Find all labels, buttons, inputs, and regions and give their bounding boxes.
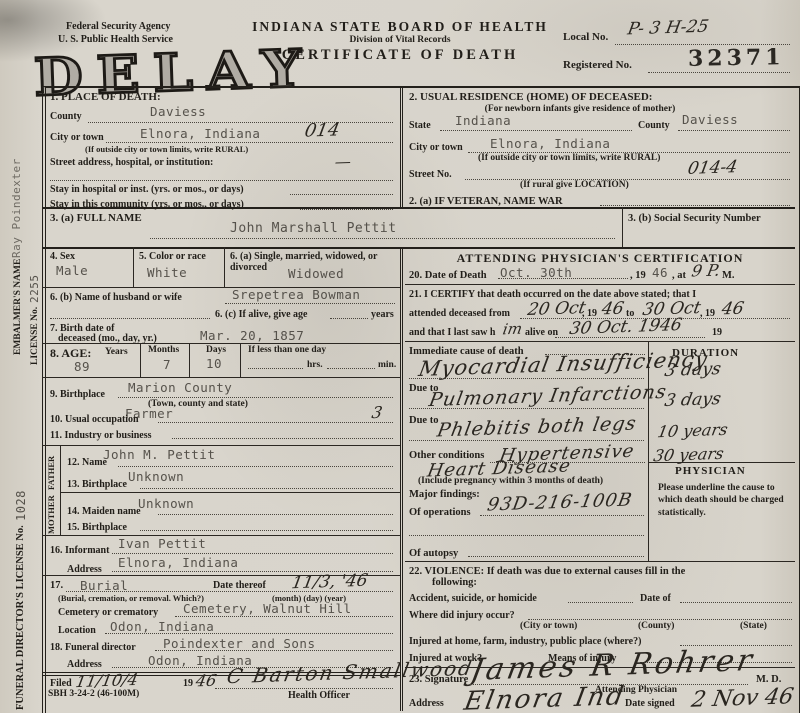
birthplace-value: Marion County: [128, 380, 232, 395]
age-days-value: 10: [206, 356, 222, 371]
md-label: M. D.: [756, 674, 781, 685]
residence-heading: 2. USUAL RESIDENCE (HOME) OF DECEASED:: [409, 92, 652, 104]
father-name-line: [118, 466, 393, 467]
burial-date-value: 11/3, '46: [290, 571, 369, 594]
row3-top-rule: [42, 207, 795, 209]
spouse-value: Srepetrea Bowman: [232, 287, 360, 302]
res-street-label: Street No.: [409, 170, 452, 181]
date-of-label: Date of: [640, 594, 671, 605]
alive-age-leader: [50, 318, 210, 319]
parents-label-divider: [60, 445, 61, 535]
age-heading: 8. AGE:: [50, 347, 91, 360]
column-divider-bottom: [400, 247, 403, 711]
full-name-value: John Marshall Pettit: [230, 221, 397, 236]
sex-label: 4. Sex: [50, 252, 75, 263]
last-saw-label: and that I last saw h: [409, 328, 495, 339]
res-veteran-line: [600, 205, 790, 206]
burial-date-label: Date thereof: [213, 581, 266, 592]
embalmer-license-label: LICENSE No.: [30, 307, 40, 365]
marital-value: Widowed: [288, 266, 344, 281]
where-injury-label: Where did injury occur?: [409, 611, 515, 622]
agency-line1: Federal Security Agency: [66, 22, 170, 33]
pod-city-label: City or town: [50, 133, 104, 144]
father-birthplace-value: Unknown: [128, 469, 184, 484]
father-birthplace-label: 13. Birthplace: [67, 480, 127, 491]
row3-divider: [622, 207, 623, 247]
alive-age-line: [330, 318, 368, 319]
father-side-label: FATHER: [47, 448, 56, 490]
burial-line: [66, 591, 393, 592]
birthplace-label: 9. Birthplace: [50, 390, 105, 401]
alive-age-units: years: [371, 310, 394, 321]
res-veteran-label: 2. (a) IF VETERAN, NAME WAR: [409, 196, 563, 207]
due2-duration: 10 years: [656, 420, 729, 441]
age-div1: [140, 343, 141, 377]
pod-city-value: Elnora, Indiana: [140, 126, 260, 141]
date-signed-value: 2 Nov 46: [689, 684, 795, 713]
ssn-label: 3. (b) Social Security Number: [628, 213, 761, 224]
embalmer-name-label-vertical: EMBALMER'S NAME: [14, 235, 24, 355]
him-value: im: [501, 320, 523, 339]
burial-number: 17.: [50, 580, 63, 591]
birthplace-line: [118, 397, 393, 398]
funeral-director-line: [155, 650, 393, 651]
age-min-line: [327, 368, 375, 369]
age-days-label: Days: [206, 346, 226, 356]
death-certificate-scan: Ray Poindexter EMBALMER'S NAME LICENSE N…: [0, 0, 800, 713]
alive-age-label: 6. (c) If alive, give age: [215, 310, 307, 321]
cemetery-line: [175, 616, 393, 617]
res-rural-note: (If outside city or town limits, write R…: [478, 154, 660, 164]
date-signed-label: Date signed: [625, 699, 675, 710]
mother-maiden-value: Unknown: [138, 496, 194, 511]
pod-stay-community-line: [300, 209, 393, 210]
dod-year-value: 46: [652, 265, 668, 280]
state-note: (State): [740, 622, 767, 632]
due-to-label-2: Due to: [409, 415, 438, 426]
to-year-value: 46: [720, 299, 745, 320]
res-state-line: [440, 130, 632, 131]
age-years-value: 89: [74, 359, 90, 374]
father-birthplace-line: [140, 488, 393, 489]
year-suffix: 19: [712, 328, 722, 339]
res-location-note: (If rural give LOCATION): [520, 181, 629, 191]
physician-address-label: Address: [409, 699, 444, 710]
age-less-label: If less than one day: [248, 346, 326, 356]
informant-value: Ivan Pettit: [118, 536, 206, 551]
accident-label: Accident, suicide, or homicide: [409, 594, 537, 605]
violence-heading-1: 22. VIOLENCE: If death was due to extern…: [409, 566, 685, 577]
violence-heading-2: following:: [432, 577, 477, 588]
registered-no-label: Registered No.: [563, 60, 632, 72]
res-state-value: Indiana: [455, 113, 511, 128]
filed-year-prefix: 19: [183, 679, 193, 690]
county-note: (County): [638, 622, 674, 632]
age-hrs-label: hrs.: [307, 361, 323, 371]
cemetery-value: Cemetery, Walnut Hill: [183, 601, 352, 616]
due1-duration: 3 days: [663, 389, 723, 411]
pod-stay-hospital-label: Stay in hospital or inst. (yrs. or mos.,…: [50, 185, 244, 196]
place-of-death-heading: 1. PLACE OF DEATH:: [50, 92, 161, 104]
sex-race-divider: [133, 247, 134, 287]
funeral-director-value: Poindexter and Sons: [163, 636, 316, 651]
res-county-label: County: [638, 121, 670, 132]
burial-location-line: [105, 633, 393, 634]
date-of-line: [680, 602, 792, 603]
dod-at-label: , at: [672, 270, 686, 281]
res-state-label: State: [409, 121, 431, 132]
underline-note: Please underline the cause to which deat…: [658, 482, 788, 519]
res-county-line: [678, 130, 790, 131]
findings-label: Major findings:: [409, 489, 480, 500]
certification-heading: ATTENDING PHYSICIAN'S CERTIFICATION: [405, 252, 795, 265]
spouse-label: 6. (b) Name of husband or wife: [50, 293, 182, 304]
physician-address-value: Elnora Ind: [462, 681, 628, 713]
signature-label: 23. Signature: [409, 674, 468, 685]
physician-rule: [648, 462, 795, 463]
pod-street-label: Street address, hospital, or institution…: [50, 158, 213, 169]
registered-no-value: 32371: [688, 44, 785, 72]
age-min-label: min.: [378, 361, 396, 371]
full-name-label: 3. (a) FULL NAME: [50, 213, 142, 225]
pod-stay-hospital-line: [290, 194, 393, 195]
due1-line: [409, 408, 644, 409]
filed-signature-line: [215, 688, 393, 689]
filed-date-value: 11/10/4: [74, 670, 139, 691]
form-code: SBH 3-24-2 (46-100M): [48, 690, 139, 700]
dod-label: 20. Date of Death: [409, 270, 487, 281]
father-name-value: John M. Pettit: [103, 447, 215, 462]
res-street-value: 014-4: [686, 157, 739, 179]
age-hrs-line: [248, 368, 303, 369]
parents-top-rule: [42, 445, 400, 446]
pod-county-label: County: [50, 112, 82, 123]
pod-county-value: Daviess: [150, 104, 206, 119]
pod-city-line: [106, 142, 393, 143]
res-city-value: Elnora, Indiana: [490, 136, 610, 151]
spouse-line: [225, 303, 395, 304]
dod-m-label: M.: [722, 270, 735, 281]
alive-on-label: alive on: [525, 328, 558, 339]
health-officer-label: Health Officer: [288, 691, 350, 702]
city-note: (City or town): [520, 622, 577, 632]
duration-divider: [648, 341, 649, 561]
race-value: White: [147, 265, 187, 280]
immediate-duration: 3 days: [663, 359, 723, 381]
registered-no-line: [648, 72, 790, 73]
mother-birthplace-label: 15. Birthplace: [67, 523, 127, 534]
violence-top-rule: [405, 561, 795, 562]
last-saw-value: 30 Oct. 1946: [568, 315, 684, 339]
mother-side-label: MOTHER: [47, 492, 56, 534]
age-months-value: 7: [163, 357, 171, 372]
board-title: INDIANA STATE BOARD OF HEALTH: [250, 20, 550, 34]
dod-line: [498, 278, 628, 279]
blank-line-causes: [409, 535, 644, 536]
race-label: 5. Color or race: [139, 252, 206, 263]
age-years-label: Years: [105, 348, 128, 358]
mother-maiden-line: [158, 514, 393, 515]
father-name-label: 12. Name: [67, 458, 107, 469]
local-no-value: P- 3 H-25: [626, 17, 710, 40]
attended-label: attended deceased from: [409, 309, 510, 320]
operations-line: [480, 515, 644, 516]
burial-location-label: Location: [58, 626, 96, 637]
where-injury-line: [528, 619, 792, 620]
occupation-label: 10. Usual occupation: [50, 415, 139, 426]
age-top-rule: [42, 343, 400, 344]
informant-address-label: Address: [67, 565, 102, 576]
age-div3: [240, 343, 241, 377]
last-saw-line: [555, 337, 705, 338]
funeral-license-value: 1028: [14, 490, 28, 521]
injured-home-label: Injured at home, farm, industry, public …: [409, 637, 641, 648]
autopsy-label: Of autopsy: [409, 548, 458, 559]
age-bottom-rule: [42, 377, 400, 378]
informant-address-value: Elnora, Indiana: [118, 555, 238, 570]
row3-bottom-rule: [42, 247, 795, 249]
operations-label: Of operations: [409, 507, 471, 518]
occupation-line: [158, 422, 393, 423]
immediate-line: [409, 378, 644, 379]
pod-rural-note: (If outside city or town limits, write R…: [85, 145, 248, 154]
industry-label: 11. Industry or business: [50, 431, 152, 442]
birthdate-value: Mar. 20, 1857: [200, 328, 304, 343]
dod-time-value: 9 P.: [690, 261, 721, 281]
director-address-label: Address: [67, 660, 102, 671]
embalmer-typed-name-vertical: Ray Poindexter: [10, 88, 23, 258]
cemetery-label: Cemetery or crematory: [58, 608, 158, 619]
pod-county-line: [88, 122, 393, 123]
column-divider-top: [400, 86, 403, 207]
res-county-value: Daviess: [682, 112, 738, 127]
mother-birthplace-line: [140, 530, 393, 531]
funeral-license-label: FUNERAL DIRECTOR'S LICENSE No.: [15, 525, 26, 710]
pod-city-code: 014: [303, 119, 341, 141]
funeral-license-vertical: FUNERAL DIRECTOR'S LICENSE No. 1028: [12, 430, 30, 710]
autopsy-line: [468, 556, 644, 557]
age-div2: [189, 343, 190, 377]
pod-street-line: [50, 180, 393, 181]
informant-label: 16. Informant: [50, 546, 109, 557]
funeral-director-label: 18. Funeral director: [50, 643, 136, 654]
injured-work-label: Injured at work?: [409, 654, 482, 665]
mother-maiden-label: 14. Maiden name: [67, 507, 141, 518]
industry-line: [172, 438, 393, 439]
informant-line: [112, 553, 393, 554]
cert-rule-1: [405, 284, 795, 285]
full-name-line: [150, 238, 615, 239]
local-no-label: Local No.: [563, 32, 608, 44]
physician-header: PHYSICIAN: [675, 466, 746, 478]
cert-rule-2: [405, 341, 795, 342]
accident-line: [568, 602, 633, 603]
attended-from-value: 20 Oct: [526, 298, 587, 320]
res-city-label: City or town: [409, 143, 463, 154]
embalmer-license-value: 2255: [28, 274, 41, 303]
sex-value: Male: [56, 263, 88, 278]
dod-year-prefix: , 19: [630, 270, 646, 281]
pregnancy-note: (Include pregnancy within 3 months of de…: [418, 477, 603, 487]
age-months-label: Months: [148, 346, 179, 356]
filed-label: Filed: [50, 679, 72, 690]
burial-location-value: Odon, Indiana: [110, 619, 214, 634]
race-marital-divider: [224, 247, 225, 287]
informant-top-rule: [42, 535, 400, 536]
father-mother-rule: [60, 492, 400, 493]
